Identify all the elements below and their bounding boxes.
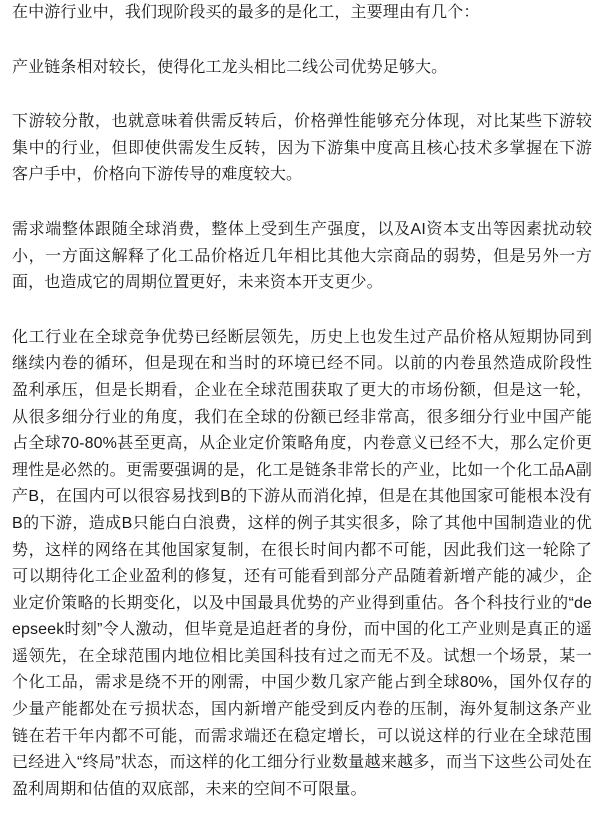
paragraph-reason-downstream-dispersion: 下游较分散，也就意味着供需反转后，价格弹性能够充分体现，对比某些下游较集中的行业… xyxy=(12,109,592,189)
paragraph-reason-demand-side: 需求端整体跟随全球消费，整体上受到生产强度，以及AI资本支出等因素扰动较小，一方… xyxy=(12,217,592,297)
paragraph-global-competitive-advantage: 化工行业在全球竞争优势已经断层领先，历史上也发生过产品价格从短期协同到继续内卷的… xyxy=(12,325,592,804)
article-body: 在中游行业中，我们现阶段买的最多的是化工，主要理由有几个： 产业链条相对较长，使… xyxy=(0,0,605,803)
paragraph-intro: 在中游行业中，我们现阶段买的最多的是化工，主要理由有几个： xyxy=(12,0,592,27)
paragraph-reason-chain-length: 产业链条相对较长，使得化工龙头相比二线公司优势足够大。 xyxy=(12,55,592,82)
